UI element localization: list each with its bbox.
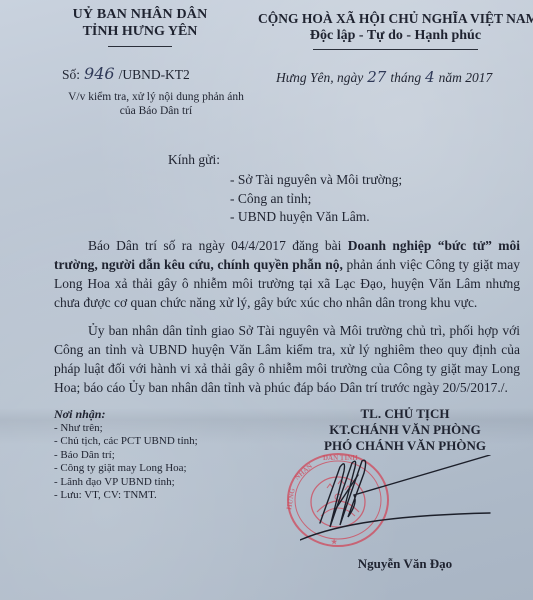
sign-line1: TL. CHỦ TỊCH	[300, 406, 510, 422]
recipient-item: - Sở Tài nguyên và Môi trường;	[230, 171, 402, 190]
document-subject: V/v kiểm tra, xử lý nội dung phản ánh củ…	[56, 90, 256, 118]
subject-line2: của Báo Dân trí	[56, 104, 256, 118]
recipient-item: - Công an tỉnh;	[230, 190, 402, 209]
header-divider-right	[313, 49, 478, 50]
signer-name: Nguyễn Văn Đạo	[300, 556, 510, 572]
subject-line1: V/v kiểm tra, xử lý nội dung phản ánh	[56, 90, 256, 104]
nation-name: CỘNG HOÀ XÃ HỘI CHỦ NGHĨA VIỆT NAM	[258, 10, 533, 27]
org-name-line2: TỈNH HƯNG YÊN	[40, 23, 240, 40]
signatory-title: TL. CHỦ TỊCH KT.CHÁNH VĂN PHÒNG PHÓ CHÁN…	[300, 406, 510, 454]
issuing-authority: UỶ BAN NHÂN DÂN TỈNH HƯNG YÊN	[40, 6, 240, 51]
distribution-item: - Lãnh đạo VP UBND tỉnh;	[54, 476, 198, 490]
date-month: 4	[425, 68, 435, 86]
distribution-item: - Chủ tịch, các PCT UBND tỉnh;	[54, 435, 198, 449]
date-day: 27	[367, 68, 386, 86]
salutation: Kính gửi:	[168, 152, 220, 168]
header-divider-left	[108, 46, 172, 47]
distribution-list: Nơi nhận: - Như trên; - Chủ tịch, các PC…	[54, 408, 198, 503]
body-paragraph-2: Ủy ban nhân dân tỉnh giao Sở Tài nguyên …	[54, 321, 520, 397]
para2-text: Ủy ban nhân dân tỉnh giao Sở Tài nguyên …	[54, 323, 520, 395]
distribution-item: - Lưu: VT, CV: TNMT.	[54, 489, 198, 503]
distribution-item: - Như trên;	[54, 422, 198, 436]
date-prefix: Hưng Yên, ngày	[276, 70, 363, 85]
number-prefix: Số:	[62, 67, 80, 82]
sign-line2: KT.CHÁNH VĂN PHÒNG	[300, 422, 510, 438]
national-motto: CỘNG HOÀ XÃ HỘI CHỦ NGHĨA VIỆT NAM Độc l…	[258, 10, 533, 50]
org-name-line1: UỶ BAN NHÂN DÂN	[40, 6, 240, 23]
date-line: Hưng Yên, ngày27tháng4năm 2017	[276, 68, 492, 86]
body-paragraph-1: Báo Dân trí số ra ngày 04/4/2017 đăng bà…	[54, 236, 520, 312]
handwritten-signature-icon	[300, 455, 500, 555]
distribution-item: - Báo Dân trí;	[54, 449, 198, 463]
distribution-item: - Công ty giặt may Long Hoa;	[54, 462, 198, 476]
motto: Độc lập - Tự do - Hạnh phúc	[258, 27, 533, 44]
distribution-title: Nơi nhận:	[54, 408, 198, 422]
date-year: năm 2017	[439, 70, 493, 85]
number-handwritten: 946	[84, 64, 115, 83]
document-number: Số:946/UBND-KT2	[62, 64, 190, 83]
number-suffix: /UBND-KT2	[119, 67, 190, 82]
para1-start: Báo Dân trí số ra ngày 04/4/2017 đăng bà…	[88, 238, 348, 253]
recipient-list: - Sở Tài nguyên và Môi trường; - Công an…	[230, 171, 402, 227]
recipient-item: - UBND huyện Văn Lâm.	[230, 208, 402, 227]
date-month-label: tháng	[390, 70, 421, 85]
